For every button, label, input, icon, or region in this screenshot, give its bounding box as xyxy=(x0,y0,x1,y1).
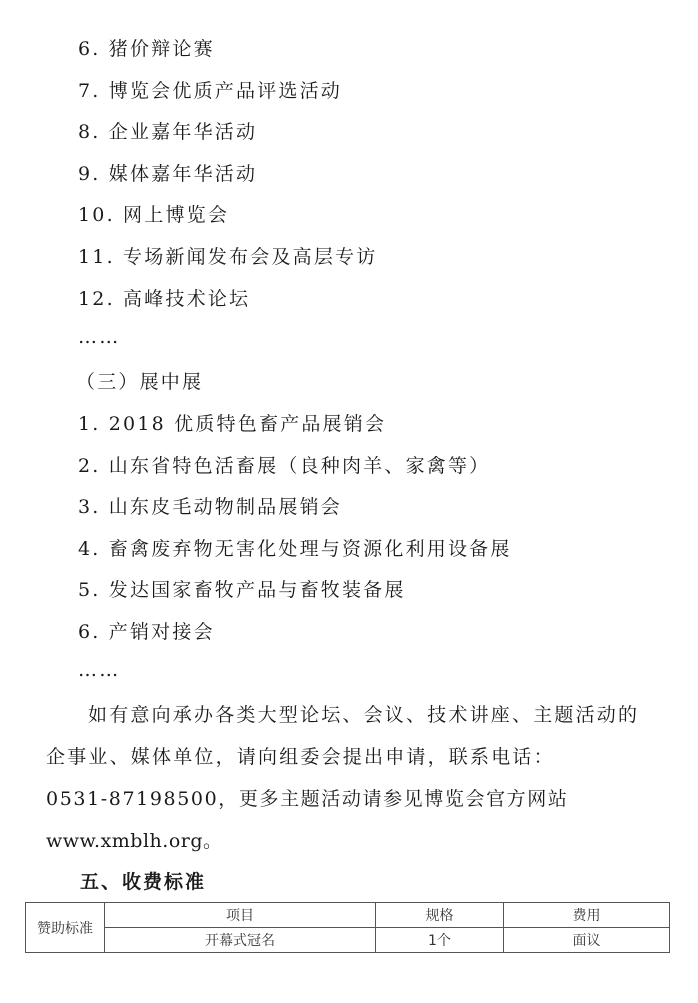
header-cell: 费用 xyxy=(504,903,670,928)
header-cell: 项目 xyxy=(105,903,376,928)
list-item: 12. 高峰技术论坛 xyxy=(78,287,250,311)
section-heading-fees: 五、收费标准 xyxy=(80,870,206,894)
list-item: 7. 博览会优质产品评选活动 xyxy=(78,79,342,103)
list-item: 3. 山东皮毛动物制品展销会 xyxy=(78,495,342,519)
list-item: 10. 网上博览会 xyxy=(78,203,229,227)
list-item: 9. 媒体嘉年华活动 xyxy=(78,162,257,186)
list-item: 8. 企业嘉年华活动 xyxy=(78,120,257,144)
paragraph-line: 企事业、媒体单位，请向组委会提出申请，联系电话： xyxy=(46,745,555,769)
list-item: 11. 专场新闻发布会及高层专访 xyxy=(78,245,377,269)
list-item: 4. 畜禽废弃物无害化处理与资源化利用设备展 xyxy=(78,537,512,561)
ellipsis: …… xyxy=(78,658,120,682)
row-label-cell: 赞助标准 xyxy=(26,903,105,953)
header-cell: 规格 xyxy=(376,903,504,928)
fee-table: 赞助标准 项目 规格 费用 开幕式冠名 1个 面议 xyxy=(25,902,670,953)
paragraph-line: 如有意向承办各类大型论坛、会议、技术讲座、主题活动的 xyxy=(88,703,639,727)
section-heading-exhibitions: （三）展中展 xyxy=(76,370,203,394)
list-item: 2. 山东省特色活畜展（良种肉羊、家禽等） xyxy=(78,454,490,478)
list-item: 6. 猪价辩论赛 xyxy=(78,37,215,61)
table-cell: 1个 xyxy=(376,928,504,953)
list-item: 6. 产销对接会 xyxy=(78,620,215,644)
table-row: 开幕式冠名 1个 面议 xyxy=(26,928,670,953)
paragraph-line: 0531-87198500，更多主题活动请参见博览会官方网站 xyxy=(46,787,568,811)
table-cell: 开幕式冠名 xyxy=(105,928,376,953)
table-cell: 面议 xyxy=(504,928,670,953)
list-item: 1. 2018 优质特色畜产品展销会 xyxy=(78,412,386,436)
list-item: 5. 发达国家畜牧产品与畜牧装备展 xyxy=(78,578,406,602)
ellipsis: …… xyxy=(78,325,120,349)
website-link: www.xmblh.org。 xyxy=(46,829,223,853)
